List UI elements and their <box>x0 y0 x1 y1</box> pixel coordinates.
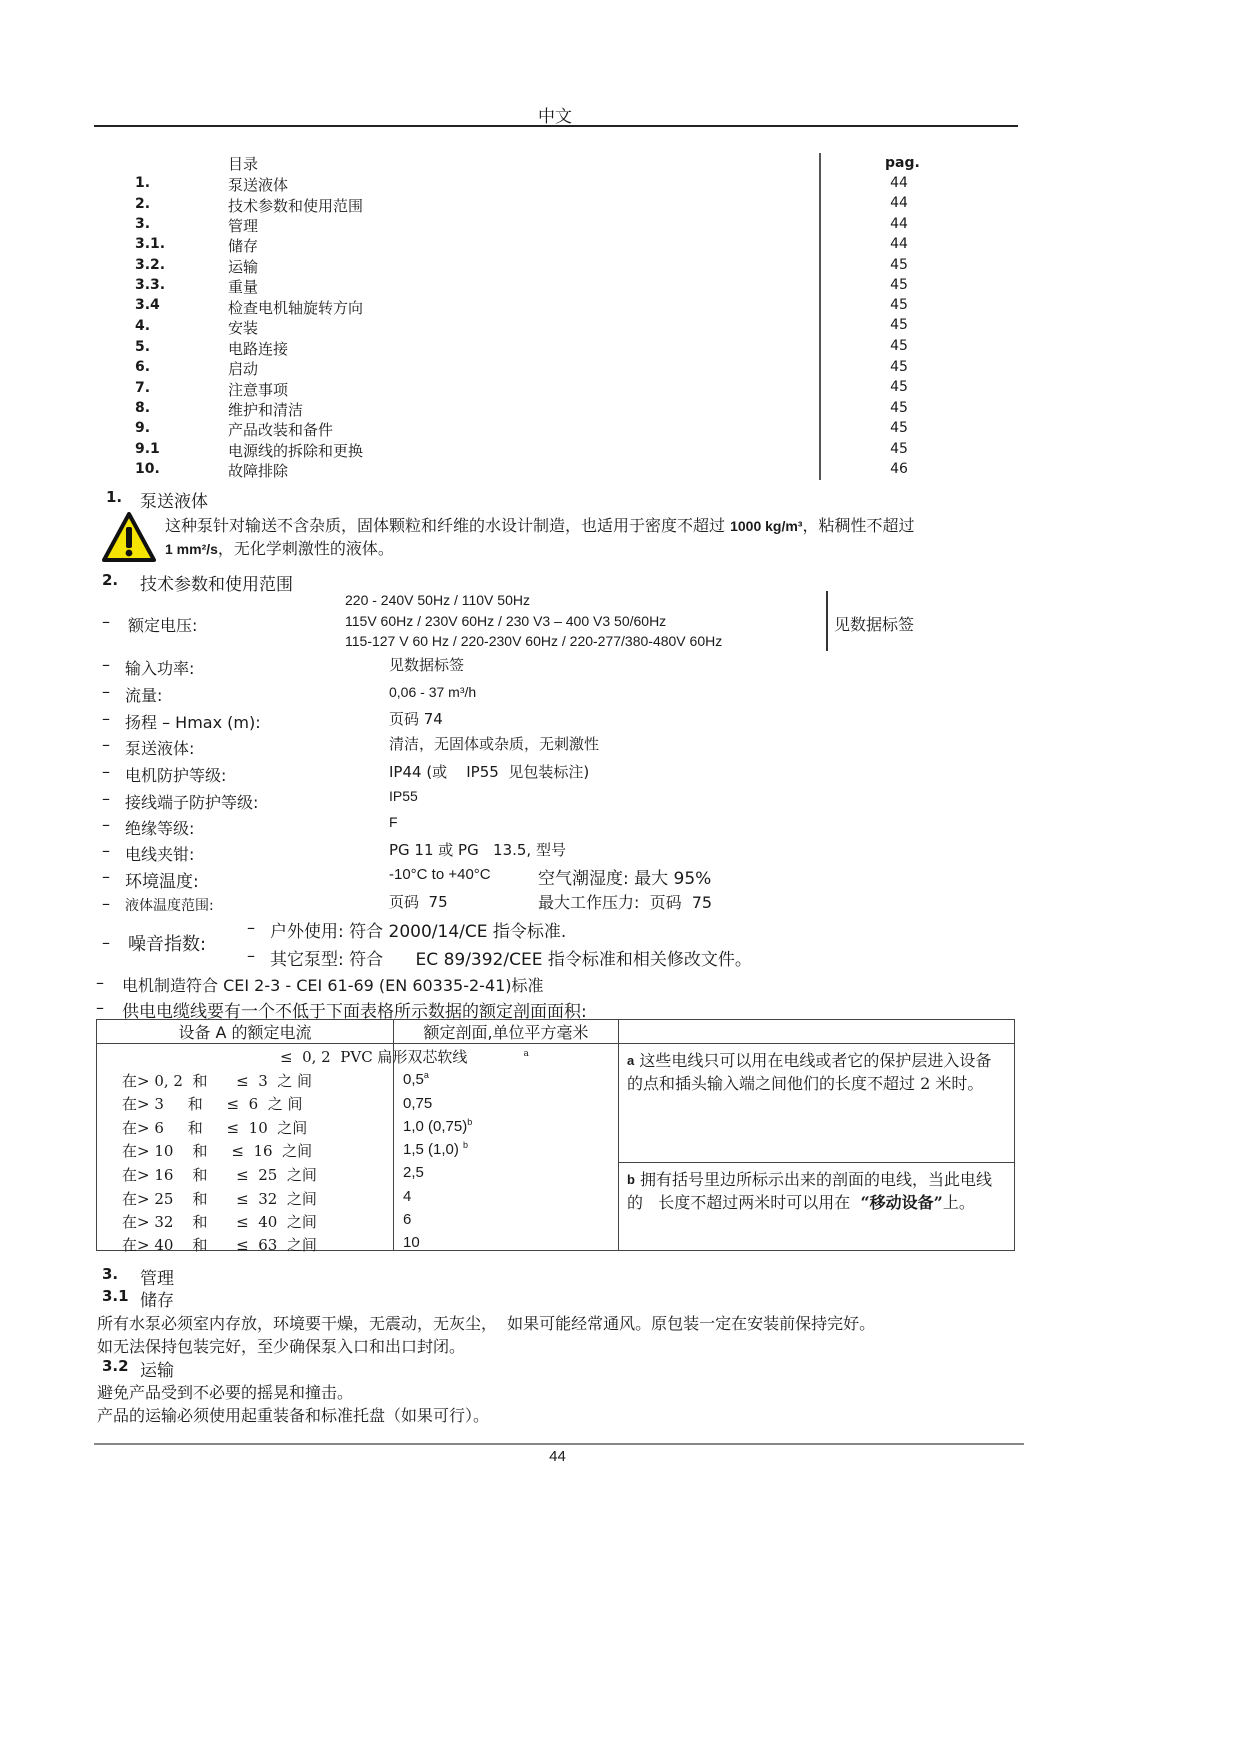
table-row-range: 在> 10 和 ≤ 16 之间 <box>122 1140 312 1161</box>
spec-value: 见数据标签 <box>389 654 464 675</box>
toc-item-page: 45 <box>885 441 913 457</box>
spec-value: 清洁，无固体或杂质，无刺激性 <box>389 733 599 754</box>
subsection-number: 3.1 <box>102 1287 129 1305</box>
footnote-mark: a <box>523 1049 528 1059</box>
subsection-title: 储存 <box>140 1286 174 1311</box>
section-value: 1,5 (1,0) <box>403 1141 463 1158</box>
footer-divider <box>94 1443 1024 1445</box>
section-value: 4 <box>403 1188 411 1205</box>
voltage-divider <box>826 591 828 651</box>
footnote-a: a 这些电线只可以用在电线或者它的保护层进入设备的点和插头输入端之间他们的长度不… <box>619 1044 1014 1163</box>
toc-item-num: 8. <box>135 400 150 416</box>
subsection-title: 运输 <box>140 1356 174 1381</box>
list-dash: – <box>102 867 110 886</box>
table-row-section: 2,5 <box>403 1164 424 1181</box>
spec-extra: 最大工作压力: 页码 75 <box>538 890 712 913</box>
toc-item-title[interactable]: 产品改装和备件 <box>228 419 333 440</box>
toc-item-page: 45 <box>885 420 913 436</box>
text-segment: ，粘稠性不超过 <box>802 516 914 535</box>
cable-section-table: 设备 A 的额定电流 额定剖面,单位平方毫米 ≤ 0, 2 PVC 扁形双芯软线… <box>96 1019 1015 1251</box>
header-divider <box>94 125 1018 127</box>
section-number: 1. <box>106 488 122 506</box>
first-row-text: ≤ 0, 2 PVC 扁形双芯软线 <box>280 1048 467 1066</box>
table-row-range: 在> 40 和 ≤ 63 之间 <box>122 1234 317 1255</box>
toc-item-page: 45 <box>885 297 913 313</box>
toc-item-page: 45 <box>885 400 913 416</box>
toc-item-num: 3.2. <box>135 257 165 273</box>
voltage-line: 115-127 V 60 Hz / 220-230V 60Hz / 220-27… <box>345 633 722 649</box>
list-dash: – <box>102 841 110 860</box>
column-divider <box>393 1044 394 1250</box>
section-number: 3. <box>102 1265 118 1283</box>
toc-item-page: 45 <box>885 257 913 273</box>
section1-text-line2: 1 mm²/s，无化学刺激性的液体。 <box>165 536 394 559</box>
footnote-mark: b <box>463 1140 468 1150</box>
page-header-title: 中文 <box>0 102 1110 127</box>
spec-value: 页码 75 <box>389 891 448 912</box>
toc-item-title[interactable]: 重量 <box>228 276 258 297</box>
table-data-cell: ≤ 0, 2 PVC 扁形双芯软线a 在> 0, 2 和 ≤ 3 之 间 0,5… <box>97 1044 619 1251</box>
spec-value: PG 11 或 PG 13.5, 型号 <box>389 839 566 860</box>
toc-item-title[interactable]: 运输 <box>228 256 258 277</box>
spec-value: IP44 (或 IP55 见包装标注) <box>389 761 589 782</box>
table-body: ≤ 0, 2 PVC 扁形双芯软线a 在> 0, 2 和 ≤ 3 之 间 0,5… <box>97 1044 1015 1251</box>
spec-label: 扬程 – Hmax (m): <box>125 710 261 733</box>
warning-triangle-icon <box>102 512 156 562</box>
noise-line: 其它泵型: 符合 EC 89/392/CEE 指令标准和相关修改文件。 <box>270 945 752 970</box>
density-value: 1000 kg/m³ <box>730 518 802 534</box>
viscosity-value: 1 mm²/s <box>165 541 218 557</box>
section1-text-line1: 这种泵针对输送不含杂质，固体颗粒和纤维的水设计制造，也适用于密度不超过 1000… <box>165 513 914 536</box>
table-row-range: 在> 25 和 ≤ 32 之间 <box>122 1188 317 1209</box>
list-dash: – <box>96 973 104 992</box>
toc-item-page: 45 <box>885 379 913 395</box>
spec-value: IP55 <box>389 788 418 804</box>
table-row-section: 1,0 (0,75)b <box>403 1117 472 1135</box>
spec-value: F <box>389 814 398 830</box>
table-row-range: 在> 3 和 ≤ 6 之 间 <box>122 1093 303 1114</box>
list-dash: – <box>102 612 110 631</box>
header-section: 额定剖面,单位平方毫米 <box>394 1020 619 1044</box>
noise-label: 噪音指数: <box>128 930 206 956</box>
toc-item-title[interactable]: 技术参数和使用范围 <box>228 195 363 216</box>
list-dash: – <box>102 815 110 834</box>
toc-item-page: 45 <box>885 359 913 375</box>
text-segment: 这种泵针对输送不含杂质，固体颗粒和纤维的水设计制造，也适用于密度不超过 <box>165 516 730 535</box>
toc-item-title[interactable]: 注意事项 <box>228 379 288 400</box>
toc-item-num: 5. <box>135 339 150 355</box>
section-title: 泵送液体 <box>140 487 208 512</box>
table-row-section: 6 <box>403 1211 411 1228</box>
section-value: 1,0 (0,75) <box>403 1118 467 1135</box>
spec-label: 绝缘等级: <box>125 816 194 839</box>
toc-item-page: 44 <box>885 195 913 211</box>
toc-item-title[interactable]: 电源线的拆除和更换 <box>228 440 363 461</box>
toc-item-title[interactable]: 检查电机轴旋转方向 <box>228 297 363 318</box>
spec-label: 接线端子防护等级: <box>125 790 258 813</box>
table-row-range: 在> 16 和 ≤ 25 之间 <box>122 1164 317 1185</box>
section-number: 2. <box>102 571 118 589</box>
list-dash: – <box>247 918 255 937</box>
toc-item-num: 6. <box>135 359 150 375</box>
spec-extra: 空气潮湿度: 最大 95% <box>538 864 711 889</box>
list-dash: – <box>102 789 110 808</box>
toc-item-title[interactable]: 泵送液体 <box>228 174 288 195</box>
toc-item-num: 3.4 <box>135 297 160 313</box>
toc-item-page: 45 <box>885 317 913 333</box>
motor-standard: 电机制造符合 CEI 2-3 - CEI 61-69 (EN 60335-2-4… <box>122 973 544 996</box>
toc-page-heading: pag. <box>885 155 913 171</box>
list-dash: – <box>247 946 255 965</box>
toc-item-num: 9. <box>135 420 150 436</box>
subsection-number: 3.2 <box>102 1357 129 1375</box>
section-value: 6 <box>403 1211 411 1228</box>
toc-item-page: 45 <box>885 338 913 354</box>
toc-item-page: 46 <box>885 461 913 477</box>
toc-item-title[interactable]: 故障排除 <box>228 460 288 481</box>
paragraph-line: 避免产品受到不必要的摇晃和撞击。 <box>97 1380 353 1403</box>
list-dash: – <box>102 735 110 754</box>
toc-item-num: 4. <box>135 318 150 334</box>
list-dash: – <box>102 709 110 728</box>
footnote-text: 上。 <box>943 1193 975 1212</box>
spec-label: 液体温度范围: <box>125 895 214 915</box>
table-first-row: ≤ 0, 2 PVC 扁形双芯软线a <box>280 1046 529 1067</box>
list-dash: – <box>102 933 110 952</box>
footnote-b: b 拥有括号里边所标示出来的剖面的电线，当此电线的 长度不超过两米时可以用在 “… <box>619 1163 1014 1214</box>
spec-label: 流量: <box>125 683 162 706</box>
toc-item-num: 10. <box>135 461 160 477</box>
spec-label: 输入功率: <box>125 656 194 679</box>
table-row-range: 在> 6 和 ≤ 10 之间 <box>122 1117 307 1138</box>
toc-item-title[interactable]: 电路连接 <box>228 338 288 359</box>
toc-item-num: 2. <box>135 196 150 212</box>
toc-heading: 目录 <box>228 153 258 174</box>
table-row-range: 在> 0, 2 和 ≤ 3 之 间 <box>122 1070 312 1091</box>
voltage-note: 见数据标签 <box>834 612 914 635</box>
spec-label: 环境温度: <box>125 867 199 892</box>
noise-line: 户外使用: 符合 2000/14/CE 指令标准. <box>270 917 566 942</box>
table-row-section: 0,5a <box>403 1070 429 1088</box>
toc-item-num: 3. <box>135 216 150 232</box>
page-number: 44 <box>0 1448 1115 1465</box>
toc-item-title[interactable]: 安装 <box>228 317 258 338</box>
section-value: 0,75 <box>403 1095 432 1112</box>
voltage-label: 额定电压: <box>128 613 197 636</box>
toc-item-title[interactable]: 维护和清洁 <box>228 399 303 420</box>
section-title: 技术参数和使用范围 <box>140 570 293 595</box>
paragraph-line: 如无法保持包装完好，至少确保泵入口和出口封闭。 <box>97 1334 465 1357</box>
spec-label: 泵送液体: <box>125 736 194 759</box>
toc-item-page: 44 <box>885 175 913 191</box>
toc-item-page: 44 <box>885 216 913 232</box>
toc-item-num: 7. <box>135 380 150 396</box>
toc-item-num: 9.1 <box>135 441 160 457</box>
list-dash: – <box>102 762 110 781</box>
footnote-mark: a <box>424 1070 429 1080</box>
footnote-mark: b <box>627 1172 635 1187</box>
footnote-mark: b <box>467 1117 472 1127</box>
header-current: 设备 A 的额定电流 <box>97 1020 394 1044</box>
section-value: 10 <box>403 1234 420 1251</box>
header-notes <box>619 1020 1015 1044</box>
toc-item-page: 44 <box>885 236 913 252</box>
toc-divider <box>819 153 821 480</box>
section-value: 2,5 <box>403 1164 424 1181</box>
table-row-section: 4 <box>403 1188 411 1205</box>
toc-item-num: 1. <box>135 175 150 191</box>
toc-item-num: 3.3. <box>135 277 165 293</box>
toc-item-num: 3.1. <box>135 236 165 252</box>
paragraph-line: 产品的运输必须使用起重装备和标准托盘（如果可行）。 <box>97 1403 489 1426</box>
toc-item-title[interactable]: 启动 <box>228 358 258 379</box>
toc-item-page: 45 <box>885 277 913 293</box>
footnote-emphasis: “移动设备” <box>860 1193 942 1212</box>
list-dash: – <box>102 655 110 674</box>
list-dash: – <box>102 682 110 701</box>
section-value: 0,5 <box>403 1071 424 1088</box>
spec-value: -10°C to +40°C <box>389 866 491 883</box>
spec-label: 电线夹钳: <box>125 842 194 865</box>
voltage-line: 115V 60Hz / 230V 60Hz / 230 V3 – 400 V3 … <box>345 613 666 629</box>
text-segment: ，无化学刺激性的液体。 <box>218 539 394 558</box>
table-notes-cell: a 这些电线只可以用在电线或者它的保护层进入设备的点和插头输入端之间他们的长度不… <box>619 1044 1015 1251</box>
paragraph-line: 所有水泵必须室内存放，环境要干燥，无震动，无灰尘， 如果可能经常通风。原包装一定… <box>97 1311 875 1334</box>
spec-label: 电机防护等级: <box>125 763 226 786</box>
table-row-range: 在> 32 和 ≤ 40 之间 <box>122 1211 317 1232</box>
toc-item-title[interactable]: 储存 <box>228 235 258 256</box>
table-row-section: 10 <box>403 1234 420 1251</box>
table-row-section: 0,75 <box>403 1094 432 1112</box>
list-dash: – <box>102 894 110 913</box>
table-row-section: 1,5 (1,0) b <box>403 1140 468 1158</box>
footnote-mark: a <box>627 1053 634 1068</box>
voltage-line: 220 - 240V 50Hz / 110V 50Hz <box>345 592 530 608</box>
spec-value: 0,06 - 37 m³/h <box>389 684 476 700</box>
spec-value: 页码 74 <box>389 708 443 729</box>
table-header-row: 设备 A 的额定电流 额定剖面,单位平方毫米 <box>97 1020 1015 1044</box>
toc-item-title[interactable]: 管理 <box>228 215 258 236</box>
footnote-text: 这些电线只可以用在电线或者它的保护层进入设备的点和插头输入端之间他们的长度不超过… <box>627 1051 991 1093</box>
list-dash: – <box>96 998 104 1017</box>
